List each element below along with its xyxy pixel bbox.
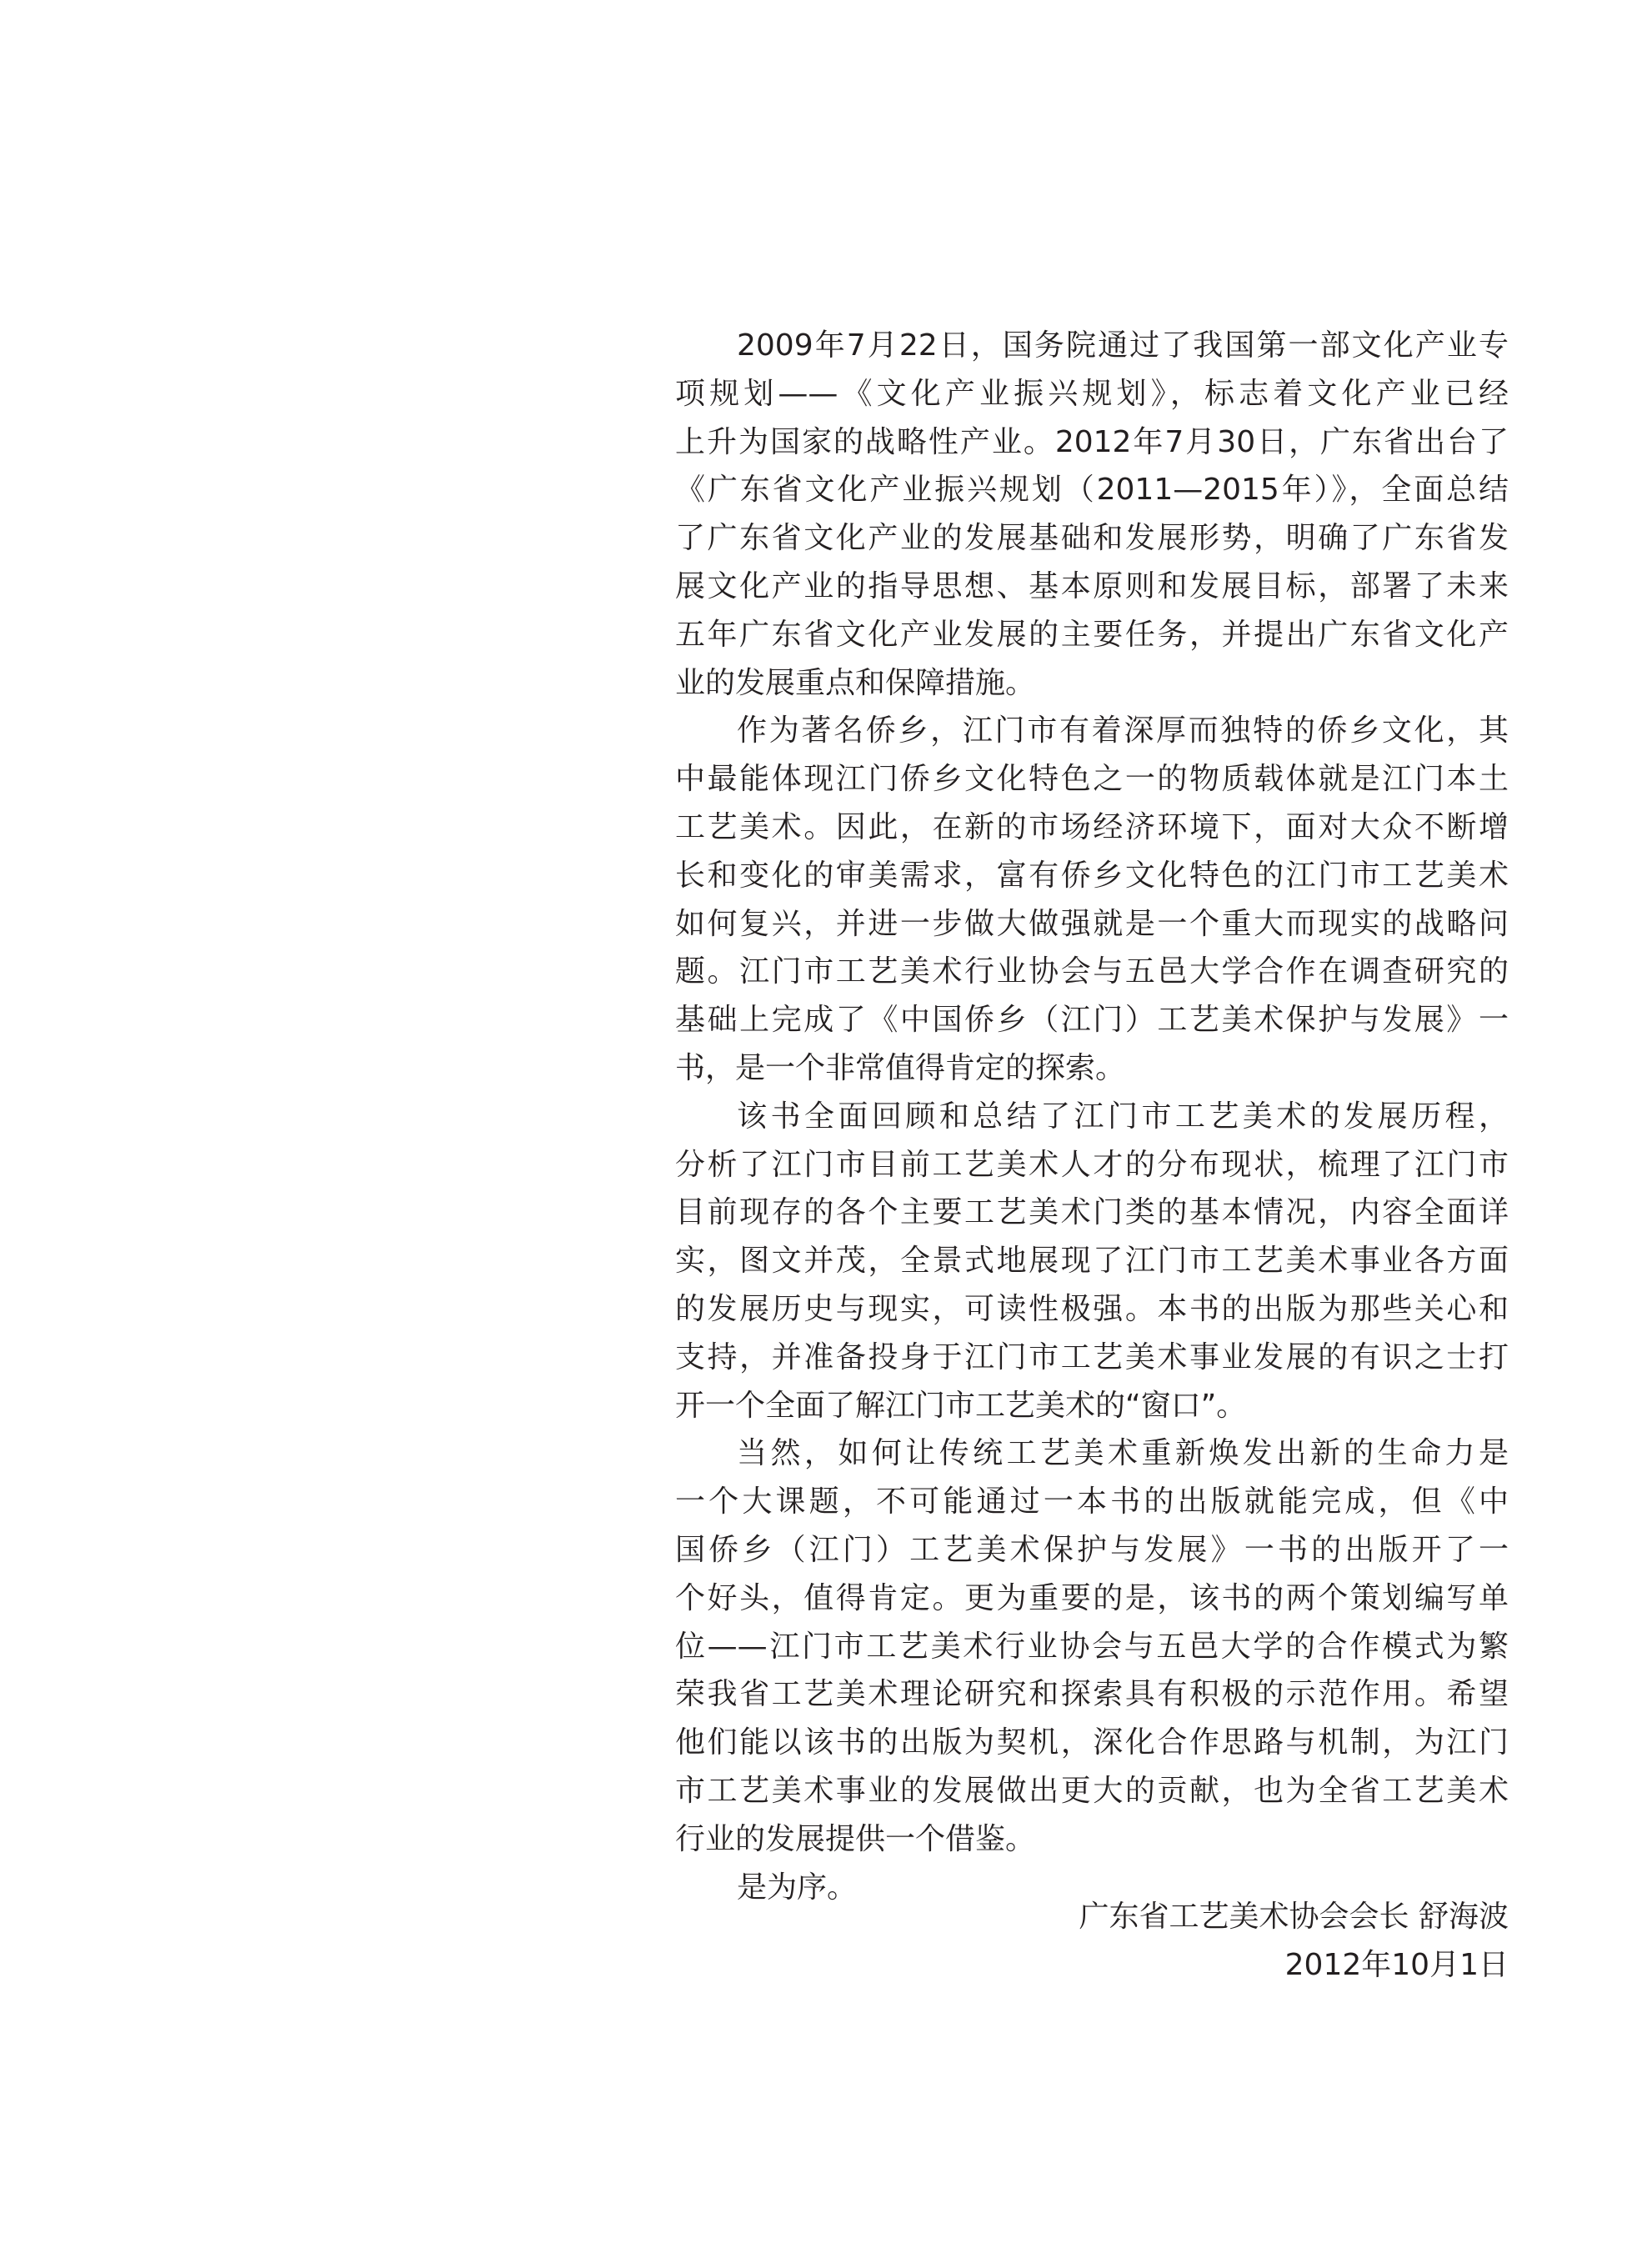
signature-author: 广东省工艺美术协会会长 舒海波 — [1079, 1893, 1509, 1941]
paragraph-4: 当然，如何让传统工艺美术重新焕发出新的生命力是 一个大课题，不可能通过一本书的出… — [675, 1429, 1509, 1863]
text-line: 2009年7月22日，国务院通过了我国第一部文化产业专 — [675, 322, 1509, 370]
text-line: 中最能体现江门侨乡文化特色之一的物质载体就是江门本土 — [675, 755, 1509, 804]
text-line: 他们能以该书的出版为契机，深化合作思路与机制，为江门 — [675, 1719, 1509, 1767]
text-line: 上升为国家的战略性产业。2012年7月30日，广东省出台了 — [675, 418, 1509, 467]
paragraph-3: 该书全面回顾和总结了江门市工艺美术的发展历程， 分析了江门市目前工艺美术人才的分… — [675, 1093, 1509, 1430]
text-line: 目前现存的各个主要工艺美术门类的基本情况，内容全面详 — [675, 1189, 1509, 1237]
text-line: 个好头，值得肯定。更为重要的是，该书的两个策划编写单 — [675, 1575, 1509, 1623]
text-line: 五年广东省文化产业发展的主要任务，并提出广东省文化产 — [675, 611, 1509, 659]
text-line: 行业的发展提供一个借鉴。 — [675, 1815, 1509, 1864]
text-line: 作为著名侨乡，江门市有着深厚而独特的侨乡文化，其 — [675, 707, 1509, 755]
signature-date: 2012年10月1日 — [1079, 1941, 1509, 1990]
text-line: 如何复兴，并进一步做大做强就是一个重大而现实的战略问 — [675, 900, 1509, 949]
text-line: 展文化产业的指导思想、基本原则和发展目标，部署了未来 — [675, 563, 1509, 611]
text-line: 的发展历史与现实，可读性极强。本书的出版为那些关心和 — [675, 1285, 1509, 1334]
text-line: 业的发展重点和保障措施。 — [675, 659, 1509, 708]
text-line: 了广东省文化产业的发展基础和发展形势，明确了广东省发 — [675, 514, 1509, 563]
text-line: 实，图文并茂，全景式地展现了江门市工艺美术事业各方面 — [675, 1237, 1509, 1285]
paragraph-1: 2009年7月22日，国务院通过了我国第一部文化产业专 项规划——《文化产业振兴… — [675, 322, 1509, 707]
paragraph-2: 作为著名侨乡，江门市有着深厚而独特的侨乡文化，其 中最能体现江门侨乡文化特色之一… — [675, 707, 1509, 1092]
text-line: 支持，并准备投身于江门市工艺美术事业发展的有识之士打 — [675, 1334, 1509, 1382]
text-line: 国侨乡（江门）工艺美术保护与发展》一书的出版开了一 — [675, 1526, 1509, 1575]
text-line: 该书全面回顾和总结了江门市工艺美术的发展历程， — [675, 1093, 1509, 1141]
text-line: 工艺美术。因此，在新的市场经济环境下，面对大众不断增 — [675, 804, 1509, 852]
document-page: 2009年7月22日，国务院通过了我国第一部文化产业专 项规划——《文化产业振兴… — [0, 0, 1637, 2268]
text-line: 项规划——《文化产业振兴规划》，标志着文化产业已经 — [675, 370, 1509, 418]
text-line: 长和变化的审美需求，富有侨乡文化特色的江门市工艺美术 — [675, 852, 1509, 900]
signature-block: 广东省工艺美术协会会长 舒海波 2012年10月1日 — [1079, 1893, 1509, 1990]
text-line: 《广东省文化产业振兴规划（2011—2015年）》，全面总结 — [675, 466, 1509, 514]
text-line: 基础上完成了《中国侨乡（江门）工艺美术保护与发展》一 — [675, 996, 1509, 1044]
text-line: 分析了江门市目前工艺美术人才的分布现状，梳理了江门市 — [675, 1141, 1509, 1189]
preface-body: 2009年7月22日，国务院通过了我国第一部文化产业专 项规划——《文化产业振兴… — [675, 322, 1509, 1911]
text-line: 开一个全面了解江门市工艺美术的“窗口”。 — [675, 1382, 1509, 1430]
text-line: 书，是一个非常值得肯定的探索。 — [675, 1044, 1509, 1093]
text-line: 荣我省工艺美术理论研究和探索具有积极的示范作用。希望 — [675, 1670, 1509, 1719]
text-line: 题。江门市工艺美术行业协会与五邑大学合作在调查研究的 — [675, 948, 1509, 996]
text-line: 市工艺美术事业的发展做出更大的贡献，也为全省工艺美术 — [675, 1767, 1509, 1815]
text-line: 位——江门市工艺美术行业协会与五邑大学的合作模式为繁 — [675, 1623, 1509, 1671]
text-line: 一个大课题，不可能通过一本书的出版就能完成，但《中 — [675, 1478, 1509, 1526]
text-line: 当然，如何让传统工艺美术重新焕发出新的生命力是 — [675, 1429, 1509, 1478]
